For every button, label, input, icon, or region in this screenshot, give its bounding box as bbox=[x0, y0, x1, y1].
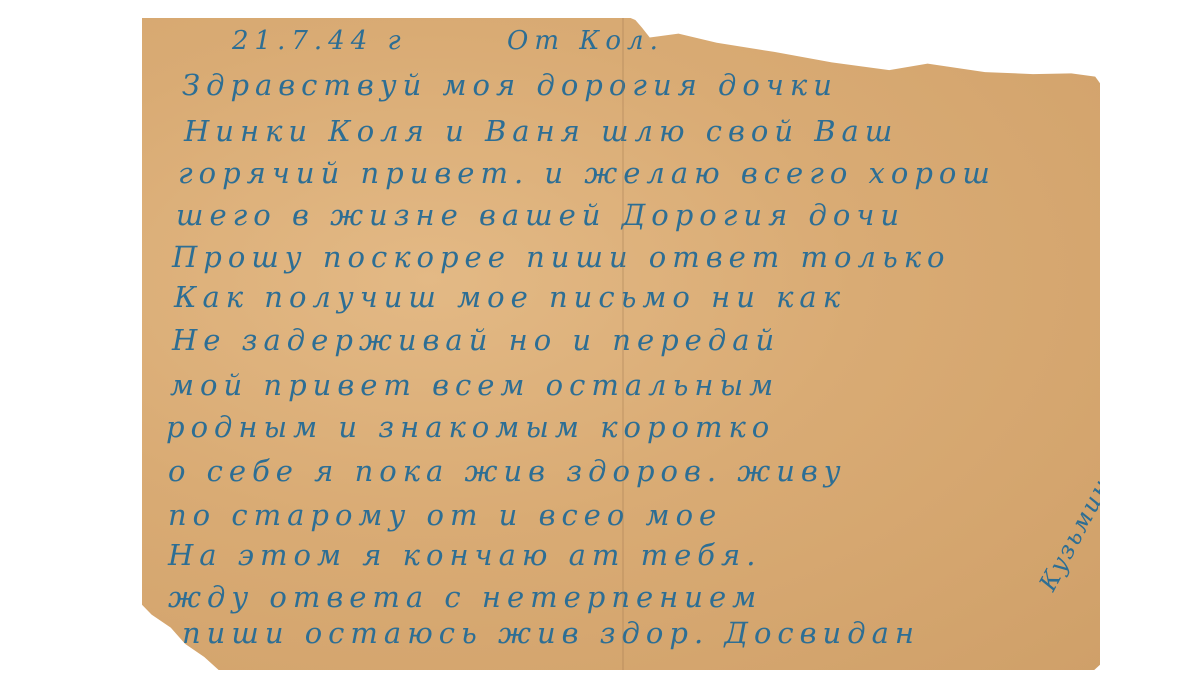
letter-line-11: по старому от и всео мое bbox=[168, 498, 722, 532]
letter-signature: Кузьмин bbox=[1034, 473, 1117, 595]
letter-line-13: жду ответа с нетерпением bbox=[168, 580, 762, 614]
letter-line-8: мой привет всем остальным bbox=[170, 368, 779, 402]
letter-line-4: шего в жизне вашей Дорогия дочи bbox=[176, 198, 905, 232]
letter-line-12: На этом я кончаю ат тебя. bbox=[168, 538, 761, 572]
letter-line-14: пиши остаюсь жив здор. Досвидан bbox=[182, 616, 920, 650]
letter-line-1: Здравствуй моя дорогия дочки bbox=[182, 68, 838, 102]
letter-line-3: горячий привет. и желаю всего хорош bbox=[178, 156, 996, 190]
letter-line-9: родным и знакомым коротко bbox=[166, 410, 775, 444]
letter-line-10: о себе я пока жив здоров. живу bbox=[168, 454, 847, 488]
letter-line-6: Как получиш мое письмо ни как bbox=[174, 280, 846, 314]
letter-date: 21.7.44 г bbox=[232, 26, 407, 56]
letter-paper: 21.7.44 г От Кол. Здравствуй моя дорогия… bbox=[142, 18, 1100, 670]
letter-line-2: Нинки Коля и Ваня шлю свой Ваш bbox=[184, 114, 898, 148]
letter-from: От Кол. bbox=[507, 26, 664, 56]
letter-line-5: Прошу поскорее пиши ответ только bbox=[172, 240, 951, 274]
letter-line-7: Не задерживай но и передай bbox=[172, 323, 780, 357]
